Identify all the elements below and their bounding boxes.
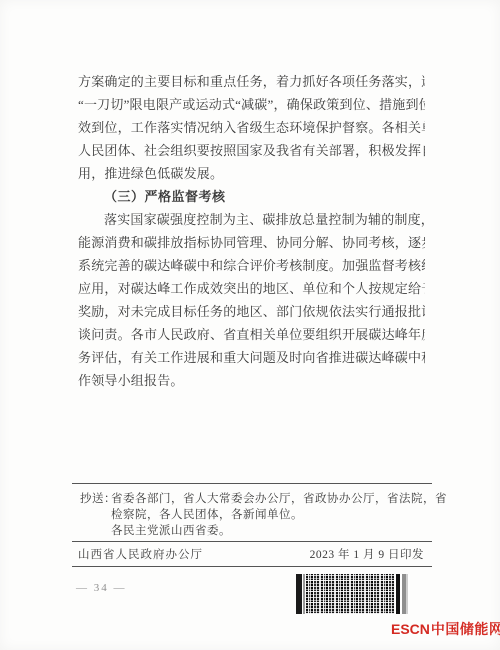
cc-label: 抄送： bbox=[80, 491, 116, 507]
text-line: “一刀切”限电限产或运动式“减碳”，确保政策到位、措施到位、成 bbox=[78, 93, 425, 116]
paragraph-continuation: 方案确定的主要目标和重点任务，着力抓好各项任务落实，避免“一刀切”限电限产或运动… bbox=[78, 70, 425, 185]
text-line: 系统完善的碳达峰碳中和综合评价考核制度。加强监督考核结果 bbox=[78, 254, 425, 277]
document-body: 方案确定的主要目标和重点任务，着力抓好各项任务落实，避免“一刀切”限电限产或运动… bbox=[78, 70, 425, 392]
paragraph: 落实国家碳强度控制为主、碳排放总量控制为辅的制度，实行能源消费和碳排放指标协同管… bbox=[78, 208, 425, 392]
paragraph-lines: 落实国家碳强度控制为主、碳排放总量控制为辅的制度，实行能源消费和碳排放指标协同管… bbox=[78, 208, 425, 392]
text-line: 人民团体、社会组织要按照国家及我省有关部署，积极发挥自身作 bbox=[78, 139, 425, 162]
cc-line: 省委各部门，省人大常委会办公厅，省政协办公厅，省法院，省 bbox=[111, 491, 432, 507]
text-line: 务评估，有关工作进展和重大问题及时向省推进碳达峰碳中和工 bbox=[78, 346, 425, 369]
imprint-bottom-rule bbox=[72, 566, 432, 567]
issuer-name: 山西省人民政府办公厅 bbox=[78, 547, 203, 563]
escn-logo-zh: 中国储能网 bbox=[431, 621, 500, 637]
text-line: 谈问责。各市人民政府、省直相关单位要组织开展碳达峰年度任 bbox=[78, 323, 425, 346]
text-line: 作领导小组报告。 bbox=[78, 369, 425, 392]
cc-line: 各民主党派山西省委。 bbox=[111, 523, 432, 539]
text-line: 方案确定的主要目标和重点任务，着力抓好各项任务落实，避免 bbox=[78, 70, 425, 93]
barcode-right-bar bbox=[396, 574, 410, 614]
text-line: 应用，对碳达峰工作成效突出的地区、单位和个人按规定给予表彰 bbox=[78, 277, 425, 300]
text-line: 能源消费和碳排放指标协同管理、协同分解、协同考核，逐步建立 bbox=[78, 231, 425, 254]
document-page: 方案确定的主要目标和重点任务，着力抓好各项任务落实，避免“一刀切”限电限产或运动… bbox=[0, 0, 500, 650]
cc-top-rule bbox=[72, 483, 432, 484]
text-line: 效到位，工作落实情况纳入省级生态环境保护督察。各相关单位、 bbox=[78, 116, 425, 139]
text-line: 奖励，对未完成目标任务的地区、部门依规依法实行通报批评和约 bbox=[78, 300, 425, 323]
barcode-noise bbox=[306, 574, 394, 614]
section-heading: （三）严格监督考核 bbox=[78, 185, 425, 208]
barcode-edge-bar bbox=[303, 574, 305, 614]
cc-lines: 省委各部门，省人大常委会办公厅，省政协办公厅，省法院，省检察院，各人民团体，各新… bbox=[80, 491, 432, 539]
cc-line: 检察院，各人民团体，各新闻单位。 bbox=[111, 507, 432, 523]
imprint-top-rule bbox=[72, 541, 432, 542]
imprint-row: 山西省人民政府办公厅 2023 年 1 月 9 日印发 bbox=[78, 547, 424, 563]
print-date: 2023 年 1 月 9 日印发 bbox=[310, 547, 424, 563]
escn-logo-en: ESCN bbox=[391, 621, 430, 637]
barcode-icon bbox=[296, 574, 410, 614]
text-line: 落实国家碳强度控制为主、碳排放总量控制为辅的制度，实行 bbox=[78, 208, 425, 231]
text-line: 用，推进绿色低碳发展。 bbox=[78, 162, 425, 185]
escn-watermark-logo: ESCN中国储能网 bbox=[391, 620, 500, 638]
barcode-left-bar bbox=[296, 574, 302, 614]
page-number: — 34 — bbox=[76, 582, 127, 594]
paragraph-lines: 方案确定的主要目标和重点任务，着力抓好各项任务落实，避免“一刀切”限电限产或运动… bbox=[78, 70, 425, 185]
cc-block: 抄送： 省委各部门，省人大常委会办公厅，省政协办公厅，省法院，省检察院，各人民团… bbox=[80, 491, 432, 539]
